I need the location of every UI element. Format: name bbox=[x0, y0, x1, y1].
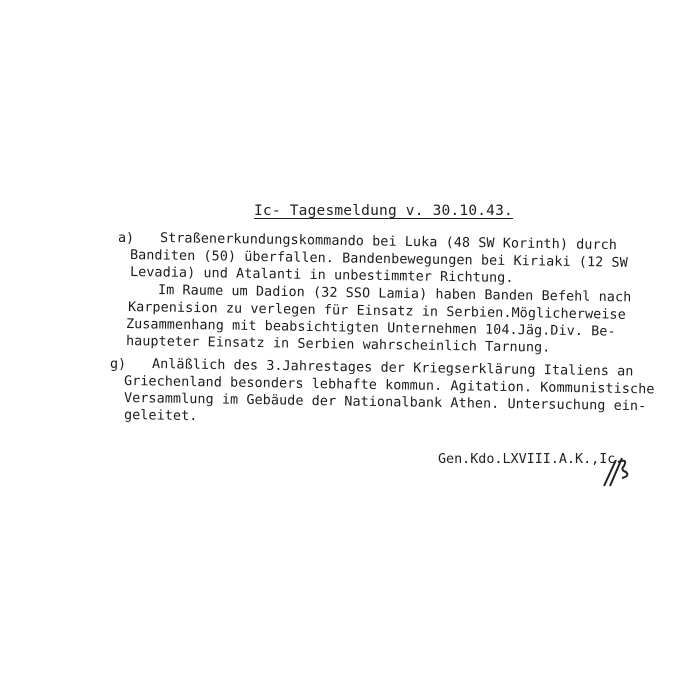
handwritten-initials-icon bbox=[600, 452, 630, 488]
signature-block: Gen.Kdo.LXVIII.A.K.,Ic. bbox=[438, 452, 623, 467]
document-page: Ic- Tagesmeldung v. 30.10.43. a) Straßen… bbox=[0, 0, 700, 700]
document-title: Ic- Tagesmeldung v. 30.10.43. bbox=[254, 203, 513, 219]
section-g-marker: g) bbox=[110, 357, 126, 372]
section-g-line-4: geleitet. bbox=[124, 408, 198, 424]
section-a-marker: a) bbox=[118, 231, 134, 246]
